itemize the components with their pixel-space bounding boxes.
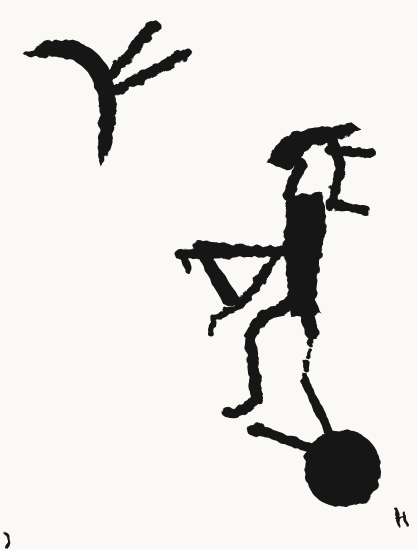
lower-arm-bar	[332, 204, 366, 211]
limb-knob	[145, 20, 161, 34]
left-toe	[221, 408, 231, 416]
petroglyph-image	[0, 0, 417, 550]
disc-body	[304, 431, 381, 507]
petroglyph-photo	[0, 0, 417, 550]
waist-bar-hook	[183, 253, 188, 269]
